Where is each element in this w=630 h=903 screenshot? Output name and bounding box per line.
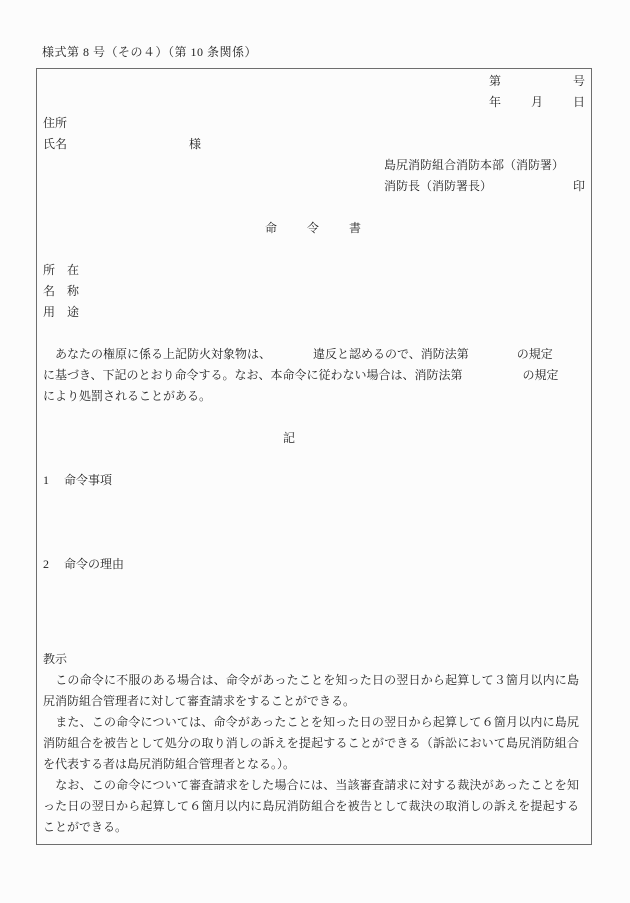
spacer: [43, 323, 585, 344]
spacer: [43, 407, 585, 428]
kyoji-paragraph: また、この命令については、命令があったことを知った日の翌日から起算して６箇月以内…: [43, 712, 579, 775]
ki-heading: 記: [43, 428, 585, 449]
issuer-title-line: 消防長（消防署長） 印: [384, 176, 585, 197]
property-location-label: 所 在: [43, 260, 585, 281]
issuer-block: 島尻消防組合消防本部（消防署） 消防長（消防署長） 印: [384, 155, 585, 197]
order-body-line: に基づき、下記のとおり命令する。なお、本命令に従わない場合は、消防法第 の規定: [43, 365, 585, 386]
doc-number-prefix: 第: [489, 71, 501, 92]
order-document-frame: 第 号 年 月 日 住所 氏名 様 島尻消防組合消防本部（消防署） 消防長（消防…: [36, 68, 592, 845]
date-day-label: 日: [573, 92, 585, 113]
seal-placeholder: 印: [573, 176, 585, 197]
spacer: [43, 449, 585, 470]
item-label: 命令事項: [64, 473, 112, 487]
recipient-honorific: 様: [189, 134, 201, 155]
spacer: [43, 197, 585, 218]
kyoji-paragraph: この命令に不服のある場合は、命令があったことを知った日の翌日から起算して３箇月以…: [43, 670, 579, 712]
property-use-label: 用 途: [43, 302, 585, 323]
item-number: 2: [43, 557, 49, 571]
date-month-label: 月: [531, 92, 543, 113]
item-label: 命令の理由: [64, 557, 124, 571]
document-title: 命 令 書: [43, 218, 585, 239]
form-style-label: 様式第 8 号（その４）（第 10 条関係）: [42, 45, 257, 60]
spacer: [43, 491, 585, 554]
spacer: [43, 575, 585, 649]
spacer: [43, 239, 585, 260]
order-item-2: 2命令の理由: [43, 554, 585, 575]
recipient-name-label: 氏名: [43, 134, 67, 155]
issuer-organization: 島尻消防組合消防本部（消防署）: [384, 155, 585, 176]
kyoji-heading: 教示: [43, 649, 585, 670]
doc-number-line: 第 号: [489, 71, 585, 92]
document-page: 様式第 8 号（その４）（第 10 条関係） 第 号 年 月 日 住所 氏名 様…: [0, 0, 630, 903]
date-line: 年 月 日: [489, 92, 585, 113]
issuer-title: 消防長（消防署長）: [384, 176, 492, 197]
date-year-label: 年: [489, 92, 501, 113]
order-body-line: あなたの権原に係る上記防火対象物は、 違反と認めるので、消防法第 の規定: [43, 344, 585, 365]
order-item-1: 1命令事項: [43, 470, 585, 491]
property-name-label: 名 称: [43, 281, 585, 302]
kyoji-paragraph: なお、この命令について審査請求をした場合には、当該審査請求に対する裁決があったこ…: [43, 775, 579, 838]
doc-number-date-block: 第 号 年 月 日: [489, 71, 585, 113]
item-number: 1: [43, 473, 49, 487]
order-body-line: により処罰されることがある。: [43, 386, 585, 407]
recipient-address-label: 住所: [43, 113, 585, 134]
doc-number-suffix: 号: [573, 71, 585, 92]
recipient-name-line: 氏名 様: [43, 134, 585, 155]
